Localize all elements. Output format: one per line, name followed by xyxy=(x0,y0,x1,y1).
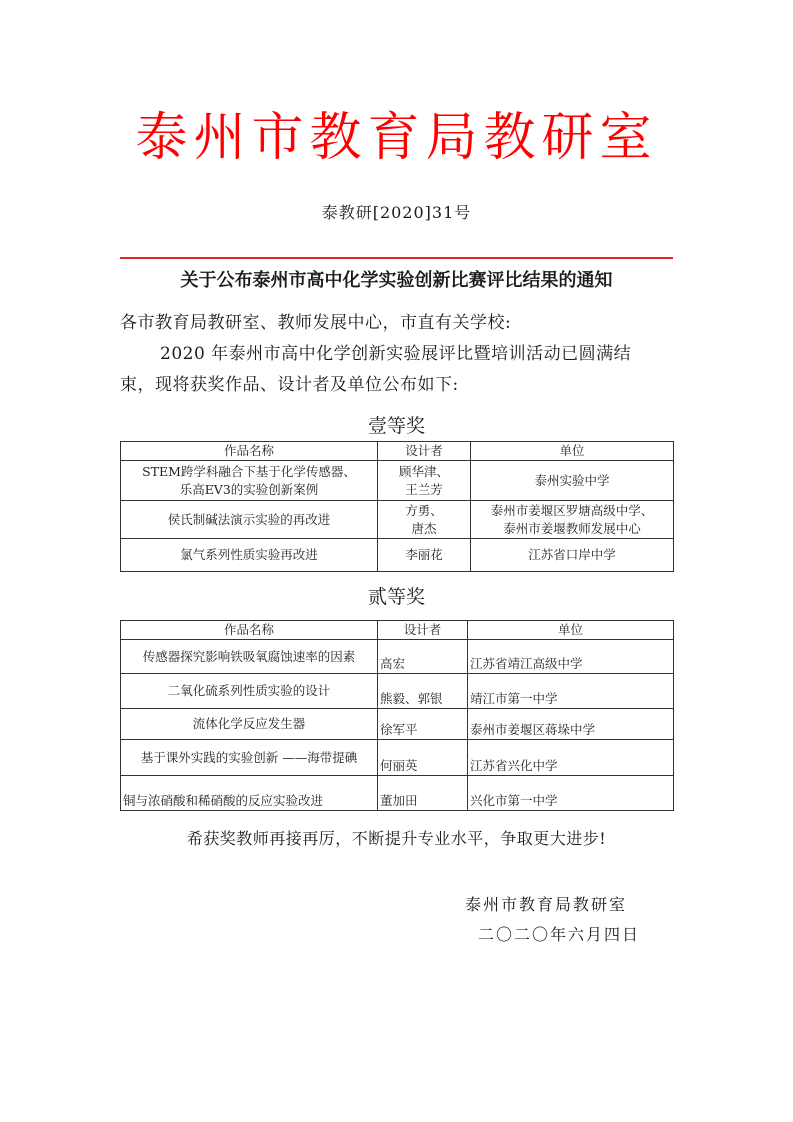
unit-line: 泰州实验中学 xyxy=(473,472,671,490)
work-title-cell: 传感器探究影响铁吸氧腐蚀速率的因素 xyxy=(121,640,378,674)
work-title-line: 乐高EV3的实验创新案例 xyxy=(123,481,375,499)
column-header-title: 作品名称 xyxy=(121,442,378,461)
column-header-designer: 设计者 xyxy=(378,442,471,461)
designer-cell: 高宏 xyxy=(378,640,468,674)
table-row: 氯气系列性质实验再改进 李丽花 江苏省口岸中学 xyxy=(121,539,674,572)
table-row: 铜与浓硝酸和稀硝酸的反应实验改进 董加田 兴化市第一中学 xyxy=(121,776,674,811)
first-prize-table: 作品名称 设计者 单位 STEM跨学科融合下基于化学传感器、 乐高EV3的实验创… xyxy=(120,441,674,572)
table-row: 二氧化硫系列性质实验的设计 熊毅、郭银 靖江市第一中学 xyxy=(121,674,674,709)
signature-date: 二〇二〇年六月四日 xyxy=(478,922,640,948)
designer-cell: 方勇、 唐杰 xyxy=(378,501,471,539)
work-title-line: 侯氏制碱法演示实验的再改进 xyxy=(123,511,375,529)
table-row: STEM跨学科融合下基于化学传感器、 乐高EV3的实验创新案例 顾华津、 王兰芳… xyxy=(121,461,674,501)
column-header-unit: 单位 xyxy=(471,442,674,461)
designer-cell: 李丽花 xyxy=(378,539,471,572)
designer-line: 唐杰 xyxy=(380,520,468,538)
table-row: 侯氏制碱法演示实验的再改进 方勇、 唐杰 泰州市姜堰区罗塘高级中学、 泰州市姜堰… xyxy=(121,501,674,539)
unit-cell: 江苏省靖江高级中学 xyxy=(468,640,674,674)
column-header-unit: 单位 xyxy=(468,621,674,640)
table-header-row: 作品名称 设计者 单位 xyxy=(121,621,674,640)
work-title-cell: 侯氏制碱法演示实验的再改进 xyxy=(121,501,378,539)
second-prize-table: 作品名称 设计者 单位 传感器探究影响铁吸氧腐蚀速率的因素 高宏 江苏省靖江高级… xyxy=(120,620,674,811)
unit-cell: 泰州市姜堰区蒋垛中学 xyxy=(468,709,674,740)
unit-line: 泰州市姜堰教师发展中心 xyxy=(473,520,671,538)
unit-cell: 泰州实验中学 xyxy=(471,461,674,501)
first-prize-heading: 壹等奖 xyxy=(120,413,673,439)
unit-cell: 泰州市姜堰区罗塘高级中学、 泰州市姜堰教师发展中心 xyxy=(471,501,674,539)
work-title-cell: 铜与浓硝酸和稀硝酸的反应实验改进 xyxy=(121,776,378,811)
salutation: 各市教育局教研室、教师发展中心，市直有关学校: xyxy=(120,309,511,337)
unit-cell: 江苏省兴化中学 xyxy=(468,740,674,776)
unit-cell: 靖江市第一中学 xyxy=(468,674,674,709)
signature-issuer: 泰州市教育局教研室 xyxy=(465,892,627,918)
column-header-designer: 设计者 xyxy=(378,621,468,640)
work-title-cell: 氯气系列性质实验再改进 xyxy=(121,539,378,572)
second-prize-heading: 贰等奖 xyxy=(120,584,673,610)
work-title-line: STEM跨学科融合下基于化学传感器、 xyxy=(123,463,375,481)
issuer-masthead: 泰州市教育局教研室 xyxy=(110,105,683,171)
table-row: 流体化学反应发生器 徐军平 泰州市姜堰区蒋垛中学 xyxy=(121,709,674,740)
body-paragraph-line-1: 2020 年泰州市高中化学创新实验展评比暨培训活动已圆满结 xyxy=(160,340,631,368)
closing-message: 希获奖教师再接再厉，不断提升专业水平，争取更大进步! xyxy=(120,826,673,852)
body-paragraph-line-2: 束，现将获奖作品、设计者及单位公布如下: xyxy=(120,371,459,399)
designer-cell: 熊毅、郭银 xyxy=(378,674,468,709)
designer-line: 顾华津、 xyxy=(380,463,468,481)
designer-line: 方勇、 xyxy=(380,502,468,520)
table-row: 传感器探究影响铁吸氧腐蚀速率的因素 高宏 江苏省靖江高级中学 xyxy=(121,640,674,674)
work-title-cell: 基于课外实践的实验创新 ——海带提碘 xyxy=(121,740,378,776)
designer-cell: 顾华津、 王兰芳 xyxy=(378,461,471,501)
table-header-row: 作品名称 设计者 单位 xyxy=(121,442,674,461)
work-title-cell: 二氧化硫系列性质实验的设计 xyxy=(121,674,378,709)
red-divider-rule xyxy=(120,257,673,259)
designer-line: 王兰芳 xyxy=(380,481,468,499)
column-header-title: 作品名称 xyxy=(121,621,378,640)
document-number: 泰教研[2020]31号 xyxy=(120,201,673,225)
work-title-cell: 流体化学反应发生器 xyxy=(121,709,378,740)
unit-cell: 江苏省口岸中学 xyxy=(471,539,674,572)
designer-cell: 董加田 xyxy=(378,776,468,811)
work-title-cell: STEM跨学科融合下基于化学传感器、 乐高EV3的实验创新案例 xyxy=(121,461,378,501)
designer-cell: 徐军平 xyxy=(378,709,468,740)
notice-title: 关于公布泰州市高中化学实验创新比赛评比结果的通知 xyxy=(110,267,683,295)
designer-cell: 何丽英 xyxy=(378,740,468,776)
unit-line: 泰州市姜堰区罗塘高级中学、 xyxy=(473,502,671,520)
table-row: 基于课外实践的实验创新 ——海带提碘 何丽英 江苏省兴化中学 xyxy=(121,740,674,776)
unit-cell: 兴化市第一中学 xyxy=(468,776,674,811)
